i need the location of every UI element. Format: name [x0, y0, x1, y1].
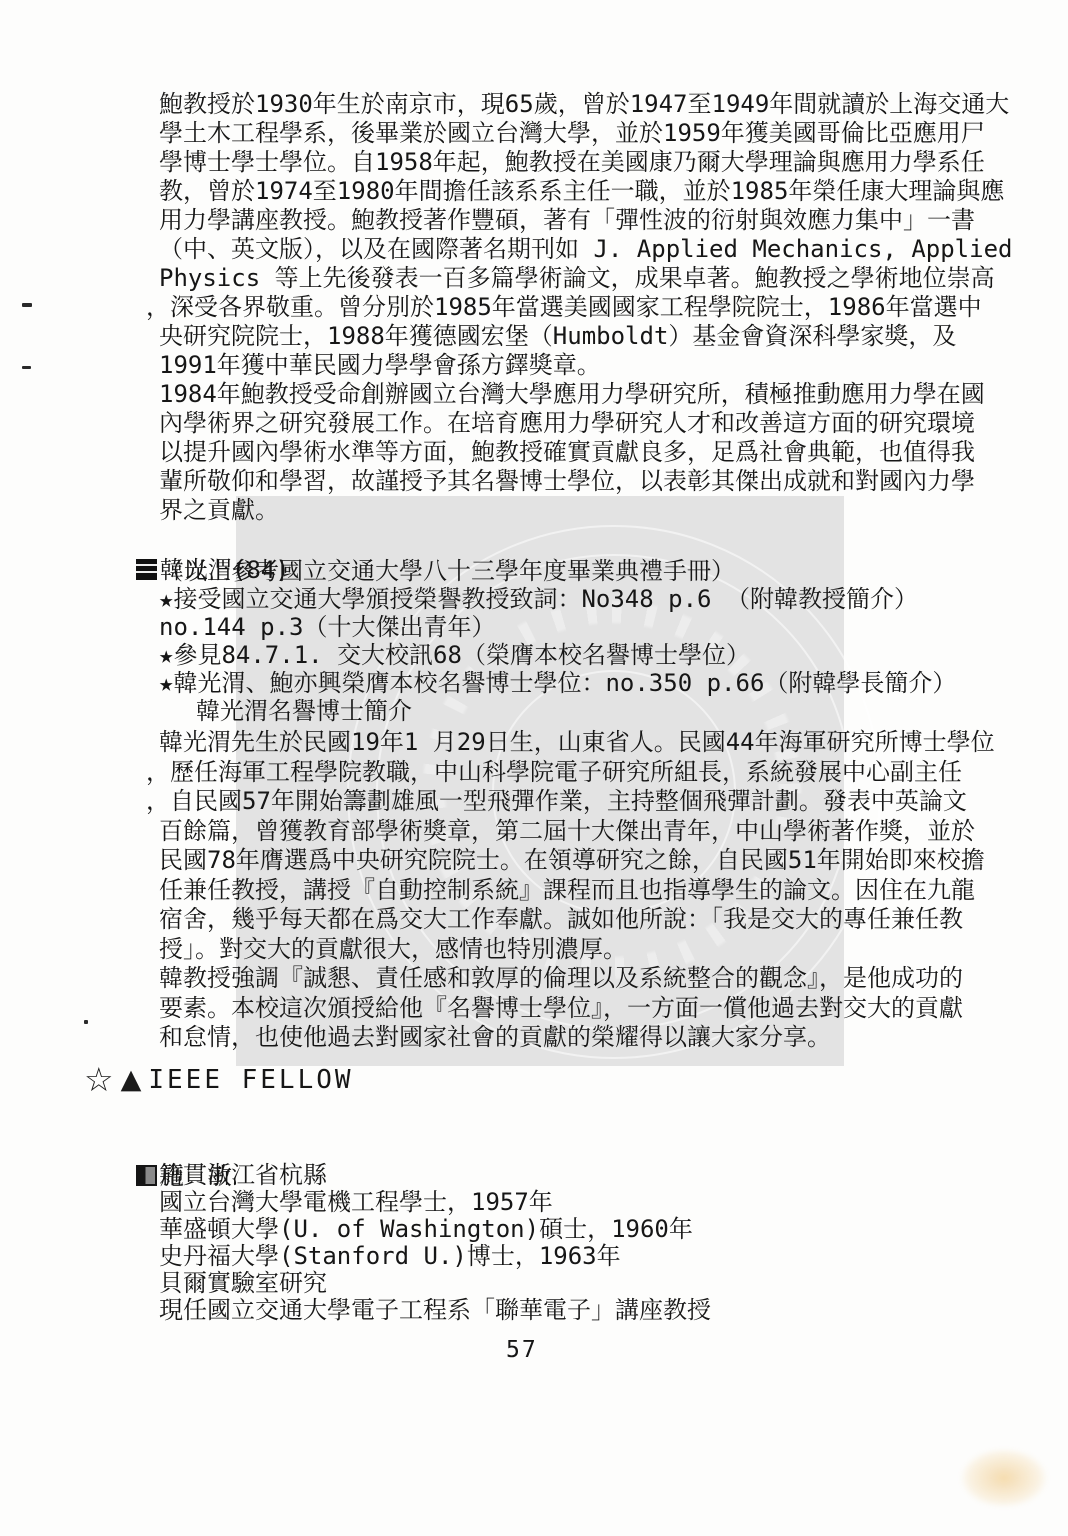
- text-line: ，深受各界敬重。曾分別於1985年當選美國國家工程學院院士，1986年當選中: [146, 293, 983, 322]
- text-line: no.144 p.3（十大傑出青年）: [159, 613, 956, 641]
- shih-credentials-list: 籍貫浙江省杭縣國立台灣大學電機工程學士，1957年華盛頓大學(U. of Was…: [159, 1162, 711, 1324]
- section-marker-icon: [136, 559, 157, 580]
- text-line: 韓教授強調『誠懇、責任感和敦厚的倫理以及系統整合的觀念』，是他成功的: [159, 964, 983, 994]
- text-line: 華盛頓大學(U. of Washington)碩士，1960年: [159, 1216, 711, 1243]
- star-outline-icon: ☆: [84, 1063, 114, 1096]
- han-biography-paragraph: 韓光渭先生於民國19年1 月29日生，山東省人。民國44年海軍研究所博士學位，歷…: [159, 728, 983, 1053]
- text-line: 貝爾實驗室研究: [159, 1270, 711, 1297]
- bao-biography-paragraph: 鮑教授於1930年生於南京市，現65歲，曾於1947至1949年間就讀於上海交通…: [159, 90, 983, 525]
- section-marker-icon: [136, 1165, 157, 1186]
- text-line: ，自民國57年開始籌劃雄風一型飛彈作業，主持整個飛彈計劃。發表中英論文: [146, 787, 983, 817]
- scan-speck: [22, 366, 31, 369]
- text-line: 要素。本校這次頒授給他『名譽博士學位』，一方面一償他過去對交大的貢獻: [159, 994, 983, 1024]
- han-reference-list: （以上參考國立交通大學八十三學年度畢業典禮手冊）★接受國立交通大學頒授榮譽教授致…: [159, 557, 956, 697]
- triangle-icon: ▲: [121, 1066, 142, 1093]
- text-line: 教，曾於1974至1980年間擔任該系系主任一職，並於1985年榮任康大理論與應: [159, 177, 983, 206]
- han-bio-title: 韓光渭名譽博士簡介: [196, 697, 412, 726]
- text-line: 韓光渭先生於民國19年1 月29日生，山東省人。民國44年海軍研究所博士學位: [159, 728, 983, 758]
- text-line: 用力學講座教授。鮑教授著作豐碩，著有「彈性波的衍射與效應力集中」一書: [159, 206, 983, 235]
- text-line: 以提升國內學術水準等方面，鮑教授確實貢獻良多，足爲社會典範，也值得我: [159, 438, 983, 467]
- text-line: ★接受國立交通大學頒授榮譽教授致詞：No348 p.6 （附韓教授簡介）: [159, 585, 956, 613]
- yellow-stain: [945, 1438, 1063, 1518]
- text-line: 內學術界之研究發展工作。在培育應用力學研究人才和改善這方面的研究環境: [159, 409, 983, 438]
- scan-speck: [84, 1020, 88, 1024]
- text-line: 界之貢獻。: [159, 496, 983, 525]
- text-line: 現任國立交通大學電子工程系「聯華電子」講座教授: [159, 1297, 711, 1324]
- text-line: 輩所敬仰和學習，故謹授予其名譽博士學位，以表彰其傑出成就和對國內力學: [159, 467, 983, 496]
- scan-speck: [22, 303, 32, 307]
- text-line: 1984年鮑教授受命創辦國立台灣大學應用力學研究所，積極推動應用力學在國: [159, 380, 983, 409]
- page-number: 57: [506, 1337, 538, 1363]
- text-line: 鮑教授於1930年生於南京市，現65歲，曾於1947至1949年間就讀於上海交通…: [159, 90, 983, 119]
- text-line: 民國78年膺選爲中央研究院院士。在領導研究之餘，自民國51年開始即來校擔: [159, 846, 983, 876]
- text-line: 學土木工程學系，後畢業於國立台灣大學，並於1959年獲美國哥倫比亞應用尸: [159, 119, 983, 148]
- text-line: 宿舍，幾乎每天都在爲交大工作奉獻。誠如他所說：「我是交大的專任兼任教: [159, 905, 983, 935]
- text-line: 和怠情，也使他過去對國家社會的貢獻的榮耀得以讓大家分享。: [159, 1023, 983, 1053]
- text-line: ★韓光渭、鮑亦興榮膺本校名譽博士學位：no.350 p.66（附韓學長簡介）: [159, 669, 956, 697]
- text-line: Physics 等上先後發表一百多篇學術論文，成果卓著。鮑教授之學術地位崇高: [159, 264, 983, 293]
- text-line: ，歷任海軍工程學院教職，中山科學院電子研究所組長，系統發展中心副主任: [146, 758, 983, 788]
- text-line: （以上參考國立交通大學八十三學年度畢業典禮手冊）: [159, 557, 956, 585]
- text-line: 史丹福大學(Stanford U.)博士，1963年: [159, 1243, 711, 1270]
- text-line: 百餘篇，曾獲教育部學術獎章，第二屆十大傑出青年，中山學術著作獎，並於: [159, 817, 983, 847]
- text-line: 籍貫浙江省杭縣: [159, 1162, 711, 1189]
- text-line: 學博士學士學位。自1958年起，鮑教授在美國康乃爾大學理論與應用力學系任: [159, 148, 983, 177]
- ieee-fellow-row: ☆ ▲ IEEE FELLOW: [84, 1063, 354, 1096]
- text-line: ★參見84.7.1. 交大校訊68（榮膺本校名譽博士學位）: [159, 641, 956, 669]
- ieee-fellow-label: IEEE FELLOW: [148, 1065, 353, 1095]
- text-line: 任兼任教授，講授『自動控制系統』課程而且也指導學生的論文。因住在九龍: [159, 876, 983, 906]
- text-line: 國立台灣大學電機工程學士，1957年: [159, 1189, 711, 1216]
- text-line: （中、英文版），以及在國際著名期刊如 J. Applied Mechanics,…: [159, 235, 983, 264]
- text-line: 央研究院院士，1988年獲德國宏堡（Humboldt）基金會資深科學家獎，及: [159, 322, 983, 351]
- scanned-document-page: { "colors": { "paper": "#fdfdfc", "ink":…: [0, 0, 1068, 1536]
- text-line: 1991年獲中華民國力學學會孫方鐸獎章。: [159, 351, 983, 380]
- text-line: 授」。對交大的貢獻很大，感情也特別濃厚。: [159, 935, 983, 965]
